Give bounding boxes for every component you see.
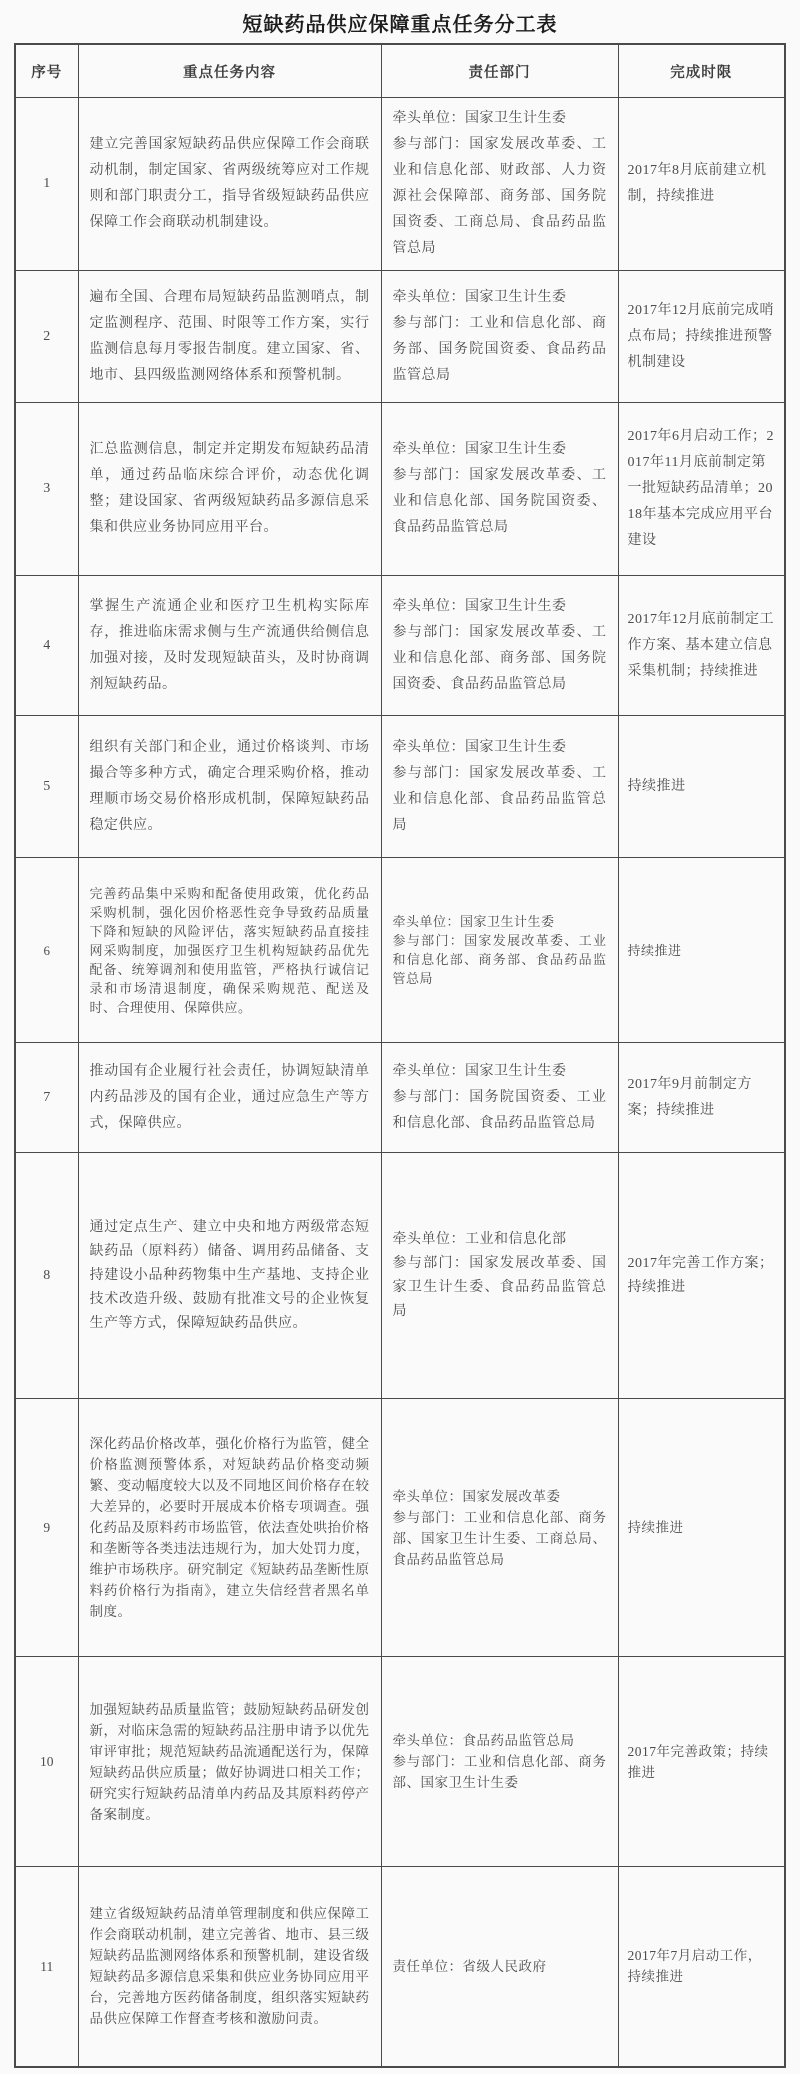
task-cell: 汇总监测信息，制定并定期发布短缺药品清单，通过药品临床综合评价，动态优化调整；建…: [78, 403, 381, 576]
dept-participants-line: 参与部门：国家发展改革委、工业和信息化部、财政部、人力资源社会保障部、商务部、国…: [393, 132, 607, 262]
dept-participants-line: 参与部门：国家发展改革委、工业和信息化部、商务部、国务院国资委、食品药品监管总局: [393, 620, 607, 698]
task-cell: 遍布全国、合理布局短缺药品监测哨点，制定监测程序、范围、时限等工作方案，实行监测…: [78, 271, 381, 403]
deadline-cell: 持续推进: [618, 858, 785, 1043]
table-row: 7 推动国有企业履行社会责任，协调短缺清单内药品涉及的国有企业，通过应急生产等方…: [15, 1043, 785, 1153]
dept-cell: 牵头单位：国家卫生计生委 参与部门：国家发展改革委、工业和信息化部、商务部、食品…: [381, 858, 618, 1043]
column-header-no: 序号: [15, 44, 78, 98]
dept-participants-line: 参与部门：国家发展改革委、工业和信息化部、国务院国资委、食品药品监管总局: [393, 463, 607, 541]
task-cell: 深化药品价格改革，强化价格行为监管，健全价格监测预警体系，对短缺药品价格变动频繁…: [78, 1399, 381, 1657]
deadline-cell: 持续推进: [618, 1399, 785, 1657]
task-division-table: 序号 重点任务内容 责任部门 完成时限 1 建立完善国家短缺药品供应保障工作会商…: [14, 43, 786, 2068]
table-row: 1 建立完善国家短缺药品供应保障工作会商联动机制，制定国家、省两级统筹应对工作规…: [15, 98, 785, 271]
table-row: 3 汇总监测信息，制定并定期发布短缺药品清单，通过药品临床综合评价，动态优化调整…: [15, 403, 785, 576]
dept-cell: 牵头单位：国家发展改革委 参与部门：工业和信息化部、商务部、国家卫生计生委、工商…: [381, 1399, 618, 1657]
dept-cell: 牵头单位：工业和信息化部 参与部门：国家发展改革委、国家卫生计生委、食品药品监管…: [381, 1153, 618, 1399]
column-header-task: 重点任务内容: [78, 44, 381, 98]
dept-cell: 牵头单位：国家卫生计生委 参与部门：国务院国资委、工业和信息化部、食品药品监管总…: [381, 1043, 618, 1153]
column-header-deadline: 完成时限: [618, 44, 785, 98]
dept-participants-line: 参与部门：国务院国资委、工业和信息化部、食品药品监管总局: [393, 1085, 607, 1137]
dept-participants-line: 参与部门：工业和信息化部、商务部、国家卫生计生委: [393, 1751, 607, 1793]
table-row: 5 组织有关部门和企业，通过价格谈判、市场撮合等多种方式，确定合理采购价格，推动…: [15, 716, 785, 858]
row-number: 1: [15, 98, 78, 271]
column-header-dept: 责任部门: [381, 44, 618, 98]
dept-lead-line: 牵头单位：国家卫生计生委: [393, 106, 607, 132]
row-number: 9: [15, 1399, 78, 1657]
dept-cell: 牵头单位：国家卫生计生委 参与部门：国家发展改革委、工业和信息化部、国务院国资委…: [381, 403, 618, 576]
header-row: 序号 重点任务内容 责任部门 完成时限: [15, 44, 785, 98]
row-number: 3: [15, 403, 78, 576]
task-cell: 完善药品集中采购和配备使用政策，优化药品采购机制，强化因价格恶性竞争导致药品质量…: [78, 858, 381, 1043]
deadline-cell: 2017年完善政策；持续推进: [618, 1657, 785, 1867]
deadline-cell: 2017年8月底前建立机制，持续推进: [618, 98, 785, 271]
deadline-cell: 2017年7月启动工作，持续推进: [618, 1867, 785, 2067]
dept-cell: 责任单位：省级人民政府: [381, 1867, 618, 2067]
table-row: 8 通过定点生产、建立中央和地方两级常态短缺药品（原料药）储备、调用药品储备、支…: [15, 1153, 785, 1399]
table-row: 6 完善药品集中采购和配备使用政策，优化药品采购机制，强化因价格恶性竞争导致药品…: [15, 858, 785, 1043]
table-row: 9 深化药品价格改革，强化价格行为监管，健全价格监测预警体系，对短缺药品价格变动…: [15, 1399, 785, 1657]
table-row: 2 遍布全国、合理布局短缺药品监测哨点，制定监测程序、范围、时限等工作方案，实行…: [15, 271, 785, 403]
task-cell: 推动国有企业履行社会责任，协调短缺清单内药品涉及的国有企业，通过应急生产等方式，…: [78, 1043, 381, 1153]
dept-lead-line: 牵头单位：工业和信息化部: [393, 1228, 607, 1252]
dept-lead-line: 牵头单位：国家卫生计生委: [393, 912, 607, 931]
dept-lead-line: 牵头单位：国家发展改革委: [393, 1486, 607, 1507]
task-cell: 组织有关部门和企业，通过价格谈判、市场撮合等多种方式，确定合理采购价格，推动理顺…: [78, 716, 381, 858]
dept-participants-line: 参与部门：工业和信息化部、商务部、国家卫生计生委、工商总局、食品药品监管总局: [393, 1507, 607, 1570]
dept-cell: 牵头单位：食品药品监管总局 参与部门：工业和信息化部、商务部、国家卫生计生委: [381, 1657, 618, 1867]
row-number: 11: [15, 1867, 78, 2067]
task-cell: 加强短缺药品质量监管；鼓励短缺药品研发创新，对临床急需的短缺药品注册申请予以优先…: [78, 1657, 381, 1867]
task-cell: 建立完善国家短缺药品供应保障工作会商联动机制，制定国家、省两级统筹应对工作规则和…: [78, 98, 381, 271]
table-row: 4 掌握生产流通企业和医疗卫生机构实际库存，推进临床需求侧与生产流通供给侧信息加…: [15, 576, 785, 716]
row-number: 6: [15, 858, 78, 1043]
document-page: 短缺药品供应保障重点任务分工表 序号 重点任务内容 责任部门 完成时限 1 建立…: [0, 0, 800, 2068]
dept-lead-line: 牵头单位：国家卫生计生委: [393, 735, 607, 761]
dept-participants-line: 参与部门：国家发展改革委、工业和信息化部、食品药品监管总局: [393, 761, 607, 839]
row-number: 4: [15, 576, 78, 716]
dept-lead-line: 责任单位：省级人民政府: [393, 1956, 607, 1977]
deadline-cell: 持续推进: [618, 716, 785, 858]
dept-cell: 牵头单位：国家卫生计生委 参与部门：工业和信息化部、商务部、国务院国资委、食品药…: [381, 271, 618, 403]
row-number: 10: [15, 1657, 78, 1867]
table-row: 10 加强短缺药品质量监管；鼓励短缺药品研发创新，对临床急需的短缺药品注册申请予…: [15, 1657, 785, 1867]
deadline-cell: 2017年9月前制定方案；持续推进: [618, 1043, 785, 1153]
dept-lead-line: 牵头单位：食品药品监管总局: [393, 1730, 607, 1751]
task-cell: 掌握生产流通企业和医疗卫生机构实际库存，推进临床需求侧与生产流通供给侧信息加强对…: [78, 576, 381, 716]
dept-participants-line: 参与部门：工业和信息化部、商务部、国务院国资委、食品药品监管总局: [393, 311, 607, 389]
row-number: 7: [15, 1043, 78, 1153]
dept-cell: 牵头单位：国家卫生计生委 参与部门：国家发展改革委、工业和信息化部、财政部、人力…: [381, 98, 618, 271]
deadline-cell: 2017年12月底前完成哨点布局；持续推进预警机制建设: [618, 271, 785, 403]
deadline-cell: 2017年完善工作方案；持续推进: [618, 1153, 785, 1399]
dept-lead-line: 牵头单位：国家卫生计生委: [393, 594, 607, 620]
dept-lead-line: 牵头单位：国家卫生计生委: [393, 285, 607, 311]
deadline-cell: 2017年12月底前制定工作方案、基本建立信息采集机制；持续推进: [618, 576, 785, 716]
row-number: 2: [15, 271, 78, 403]
dept-lead-line: 牵头单位：国家卫生计生委: [393, 437, 607, 463]
table-row: 11 建立省级短缺药品清单管理制度和供应保障工作会商联动机制，建立完善省、地市、…: [15, 1867, 785, 2067]
dept-cell: 牵头单位：国家卫生计生委 参与部门：国家发展改革委、工业和信息化部、食品药品监管…: [381, 716, 618, 858]
dept-participants-line: 参与部门：国家发展改革委、国家卫生计生委、食品药品监管总局: [393, 1252, 607, 1324]
dept-lead-line: 牵头单位：国家卫生计生委: [393, 1059, 607, 1085]
row-number: 5: [15, 716, 78, 858]
page-title: 短缺药品供应保障重点任务分工表: [0, 8, 800, 37]
dept-participants-line: 参与部门：国家发展改革委、工业和信息化部、商务部、食品药品监管总局: [393, 931, 607, 988]
task-cell: 通过定点生产、建立中央和地方两级常态短缺药品（原料药）储备、调用药品储备、支持建…: [78, 1153, 381, 1399]
row-number: 8: [15, 1153, 78, 1399]
deadline-cell: 2017年6月启动工作；2017年11月底前制定第一批短缺药品清单；2018年基…: [618, 403, 785, 576]
dept-cell: 牵头单位：国家卫生计生委 参与部门：国家发展改革委、工业和信息化部、商务部、国务…: [381, 576, 618, 716]
task-cell: 建立省级短缺药品清单管理制度和供应保障工作会商联动机制，建立完善省、地市、县三级…: [78, 1867, 381, 2067]
